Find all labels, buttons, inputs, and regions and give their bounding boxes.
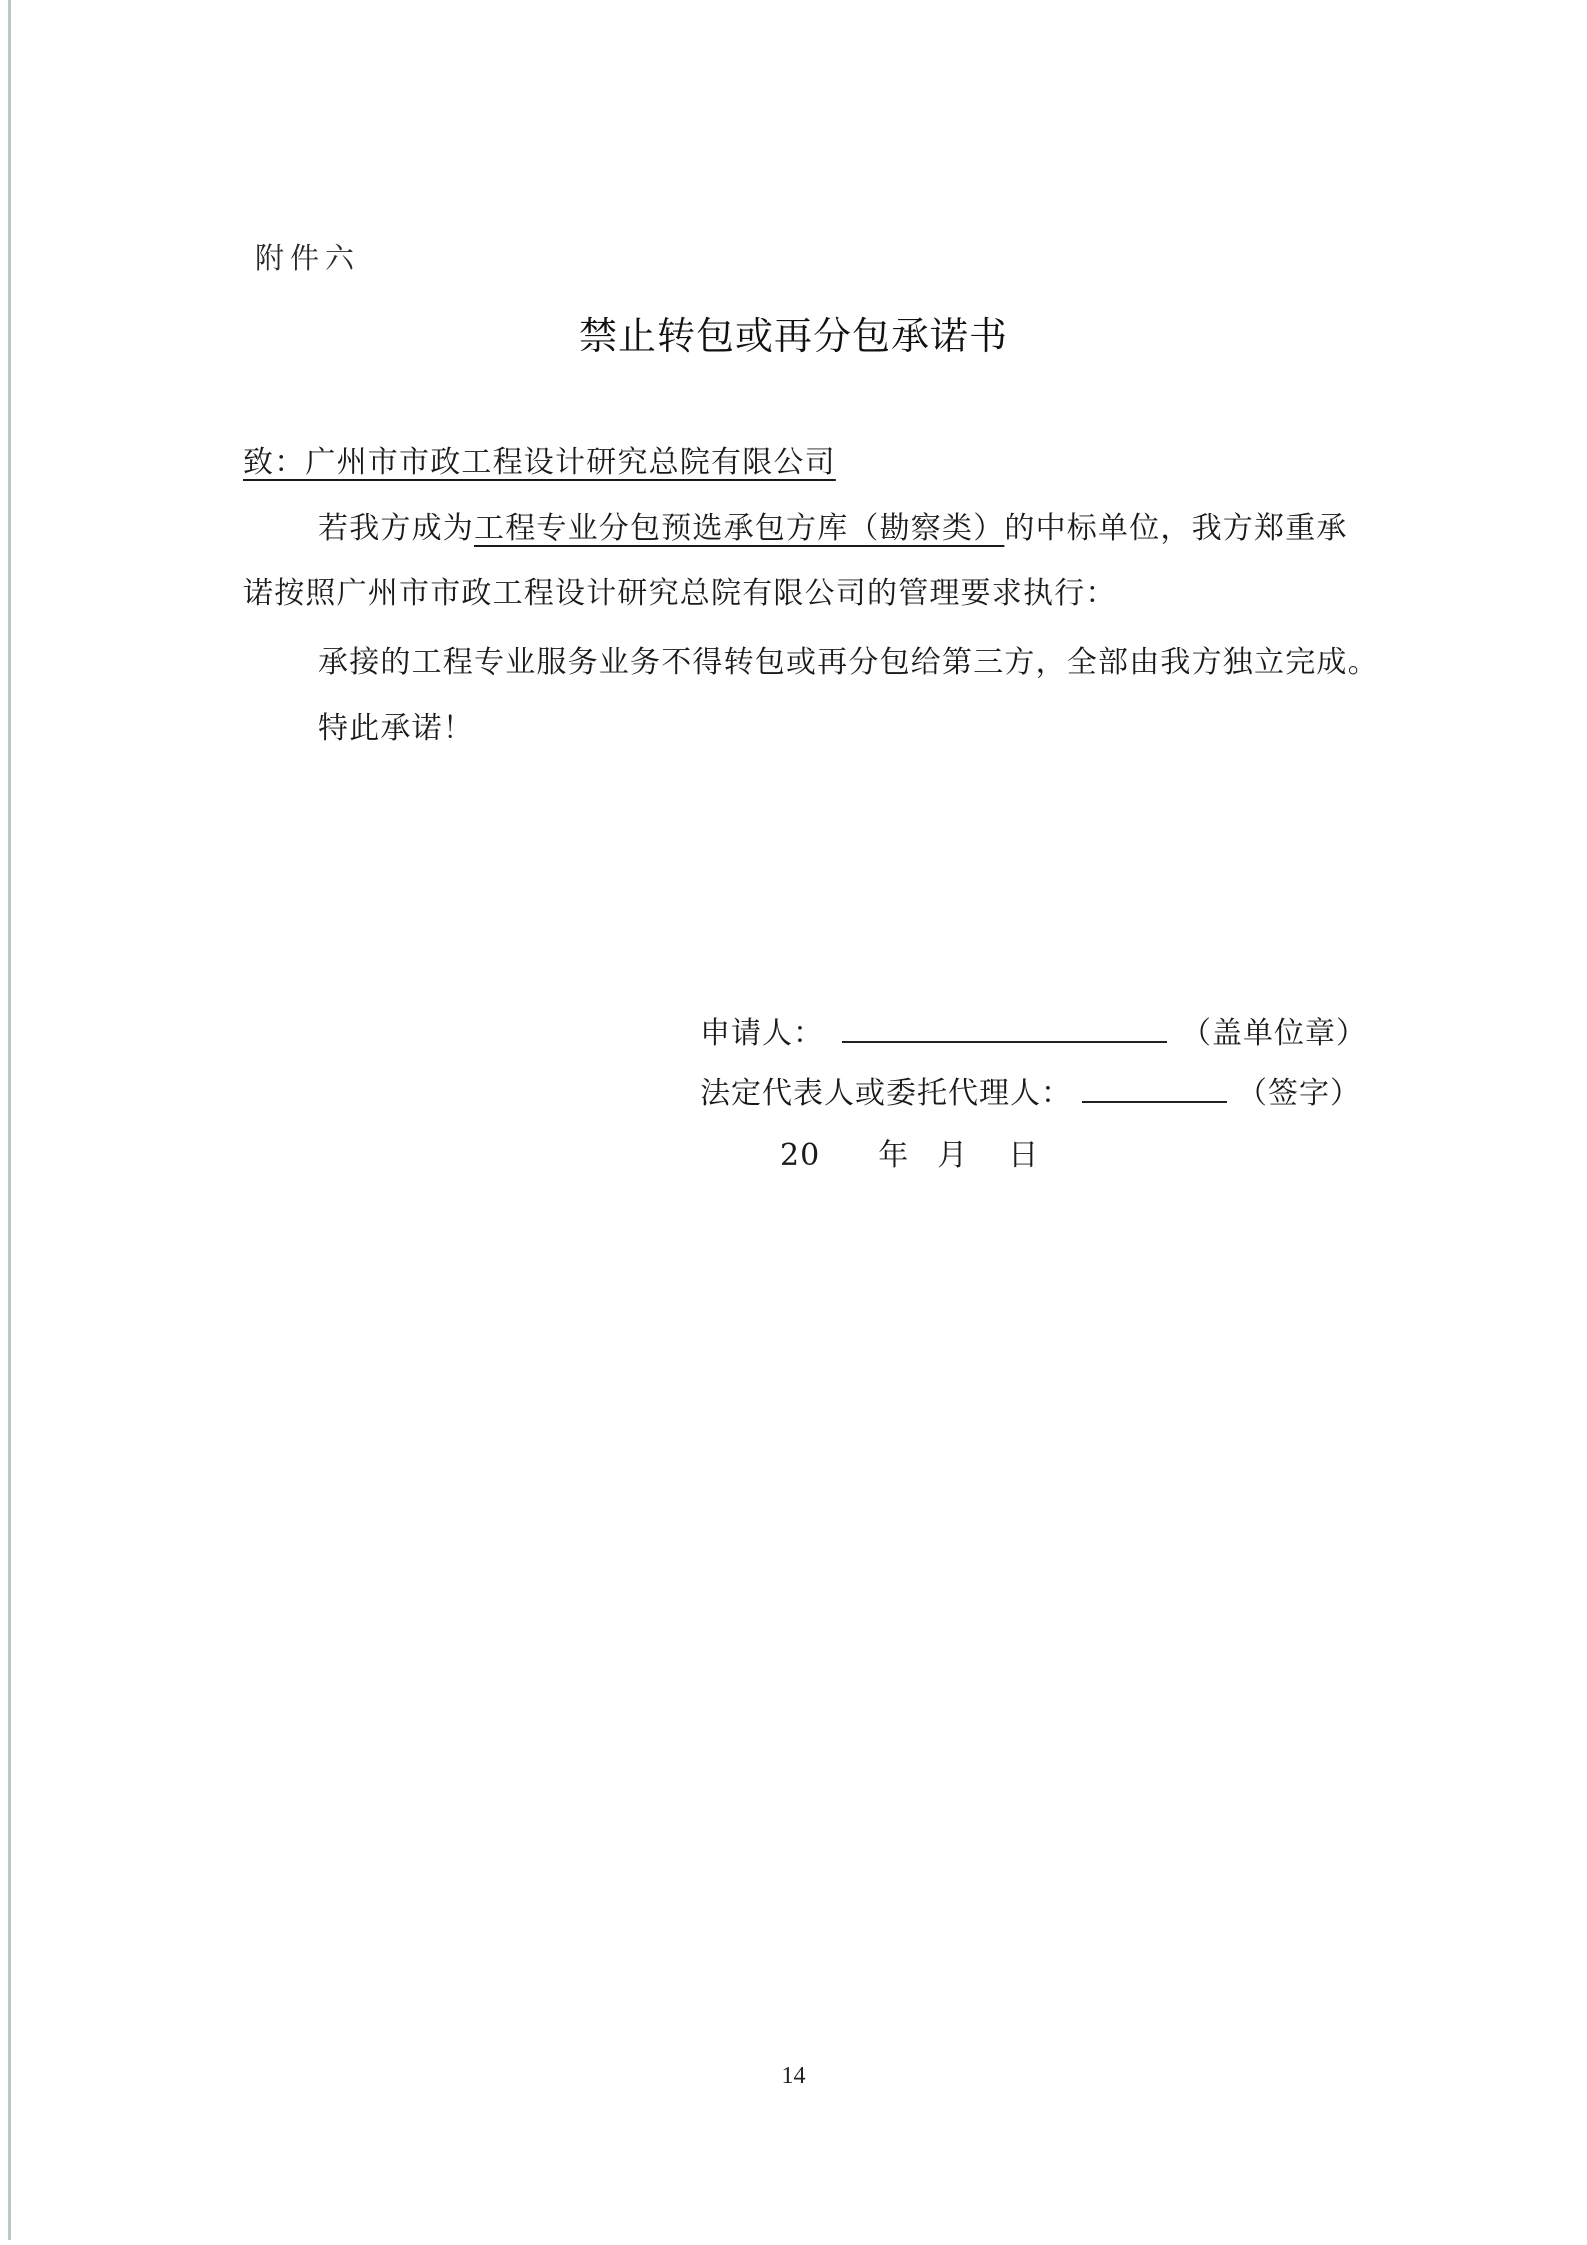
page-number: 14 (0, 2063, 1587, 2090)
paragraph-1-suffix: 的中标单位，我方郑重承 (1004, 511, 1347, 546)
applicant-blank[interactable] (842, 1015, 1167, 1043)
paragraph-3: 特此承诺！ (318, 703, 474, 747)
applicant-note: （盖单位章） (1181, 1016, 1367, 1051)
representative-blank[interactable] (1082, 1075, 1227, 1103)
representative-signature-line: 法定代表人或委托代理人：（签字） (700, 1068, 1361, 1112)
representative-note: （签字） (1237, 1076, 1361, 1111)
project-name-underlined: 工程专业分包预选承包方库（勘察类） (474, 511, 1004, 546)
representative-label: 法定代表人或委托代理人： (700, 1076, 1072, 1111)
paragraph-1-continuation: 诺按照广州市市政工程设计研究总院有限公司的管理要求执行： (243, 568, 1117, 612)
paragraph-1: 若我方成为工程专业分包预选承包方库（勘察类）的中标单位，我方郑重承 (318, 503, 1348, 547)
paragraph-1-prefix: 若我方成为 (318, 511, 474, 546)
attachment-label: 附件六 (255, 236, 360, 277)
recipient-line: 致：广州市市政工程设计研究总院有限公司 (243, 437, 836, 481)
applicant-signature-line: 申请人：（盖单位章） (700, 1008, 1367, 1052)
applicant-label: 申请人： (700, 1016, 824, 1051)
date-line: 20年月日 (780, 1130, 1039, 1174)
date-year: 年 (878, 1138, 909, 1173)
paragraph-2: 承接的工程专业服务业务不得转包或再分包给第三方，全部由我方独立完成。 (318, 637, 1379, 681)
date-month: 月 (937, 1138, 968, 1173)
document-title: 禁止转包或再分包承诺书 (0, 305, 1587, 360)
date-day: 日 (1008, 1138, 1039, 1173)
date-year-prefix: 20 (780, 1138, 820, 1173)
